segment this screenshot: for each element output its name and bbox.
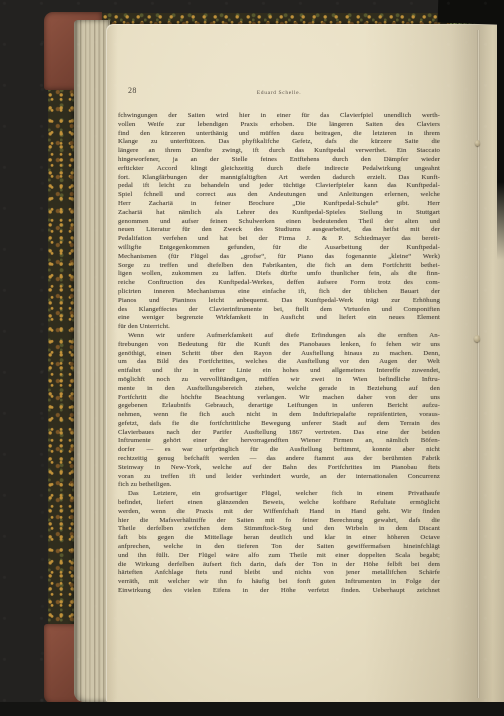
text-line: Einwirkung des vielen Eifens in der Höhe… <box>118 587 440 596</box>
text-line: dorfer — es war urfprünglich für die Aus… <box>118 446 440 455</box>
text-line: ftrebungen von Bedeutung für die Kunft d… <box>118 341 440 350</box>
text-line: willigfte Entgegenkommen gefunden, für d… <box>118 244 440 253</box>
text-line: Pedalifation verfehen und hat bei der Fi… <box>118 235 440 244</box>
text-line: Spiel fchnell und correct aus den Andeut… <box>118 191 440 200</box>
text-line: faft bis gegen die Mittellage heran deut… <box>118 534 440 543</box>
paragraph: Das Letztere, ein grofsartiger Flügel, w… <box>118 490 440 596</box>
text-line: plicirten inneren Mechanismus eine einfa… <box>118 288 440 297</box>
text-line: rechtzeitig genug befchafft werden — das… <box>118 455 440 464</box>
text-line: ligen wollen, zukommen zu laffen. Diefs … <box>118 270 440 279</box>
text-line: härteften Anfchlage ftets rund bleibt un… <box>118 569 440 578</box>
text-line: Wenn wir unfere Aufmerkfamkeit auf diefe… <box>118 332 440 341</box>
paper-flaw <box>475 140 480 146</box>
text-line: Zachariä hat nämlich als Lehrer des Kunf… <box>118 209 440 218</box>
text-line: Pianos und Pianinos leicht anbequemt. Da… <box>118 297 440 306</box>
page-block-fore-edge <box>74 20 110 702</box>
running-head: Eduard Schelle. <box>118 90 440 96</box>
book-page: 28 Eduard Schelle. fchwingungen der Sait… <box>106 24 504 702</box>
scanner-background-bottom <box>0 702 504 716</box>
text-line: mente in den Ausftellungsbereich ziehen,… <box>118 385 440 394</box>
text-line: Klange zu unterftützen. Das phyfikalifch… <box>118 138 440 147</box>
paragraph: Wenn wir unfere Aufmerkfamkeit auf diefe… <box>118 332 440 490</box>
text-line: eine weniger begrenzte Wirkfamkeit in Au… <box>118 314 440 323</box>
text-line: um das Bild des Fortfchrittes, welches d… <box>118 358 440 367</box>
text-line: erftickter Accord klingt gleichzeitig du… <box>118 165 440 174</box>
text-line: anfprechen, welche in den tieferen Ton d… <box>118 543 440 552</box>
paragraph: fchwingungen der Saiten wird hier in ein… <box>118 112 440 332</box>
text-line: Theile derfelben zwifchen dem Stimmftock… <box>118 525 440 534</box>
text-line: fich zu betheiligen. <box>118 481 440 490</box>
page-crease <box>477 30 480 698</box>
text-line: für den Unterricht. <box>118 323 440 332</box>
text-line: verräth, mit welcher wir ihn fo häufig b… <box>118 578 440 587</box>
text-line: befindet, liefert einen glänzenden Bewei… <box>118 499 440 508</box>
text-line: gefetzt, dafs fie die fortfchrittliche B… <box>118 420 440 429</box>
text-line: werden, wenn die Praxis mit der Wiffenfc… <box>118 508 440 517</box>
text-line: neuen Literatur für den Zweck des Studiu… <box>118 226 440 235</box>
text-line: pedal ift leicht zu behandeln und jeder … <box>118 182 440 191</box>
text-line: reiche Conftruction des Kunftpedal-Werke… <box>118 279 440 288</box>
paper-flaw <box>474 335 480 342</box>
text-block: fchwingungen der Saiten wird hier in ein… <box>118 112 440 596</box>
text-line: nehmen, wenn fie fich auch nicht in dem … <box>118 411 440 420</box>
photo-dark-edge-right <box>497 0 504 260</box>
text-line: Steinway in New-York, welche auf der Bah… <box>118 464 440 473</box>
text-line: gegebenen Erlaubnifs Gebrauch, derartige… <box>118 402 440 411</box>
text-line: längere an ihrem Dienfte zwingt, ift dur… <box>118 147 440 156</box>
marbled-cover-left-edge <box>48 13 76 703</box>
text-line: Inftrumente gehört einer der hervorragen… <box>118 437 440 446</box>
photo-dark-corner-top-right <box>438 0 504 25</box>
scanner-background-top <box>0 0 504 13</box>
text-line: entfaltet und ihr in erfter Linie ein ho… <box>118 367 440 376</box>
text-line: möglichft noch zu vervollftändigen, müff… <box>118 376 440 385</box>
text-line: genöthigt, einen Schritt über den Rayon … <box>118 350 440 359</box>
text-line: des Klangeffectes der Clavierinftrumente… <box>118 306 440 315</box>
text-line: vollen Weife zur lebendigen Praxis erhob… <box>118 121 440 130</box>
text-line: Herr Zachariä in feiner Brochure „Die Ku… <box>118 200 440 209</box>
text-line: Mechanismen (für Flügel das „grofse“, fü… <box>118 253 440 262</box>
book-scan-photo: 28 Eduard Schelle. fchwingungen der Sait… <box>0 0 504 716</box>
text-line: und ihn füllt. Der Flügel wäre alfo zum … <box>118 552 440 561</box>
text-line: Fortfchritt die höchfte Beachtung verlan… <box>118 394 440 403</box>
text-line: fchwingungen der Saiten wird hier in ein… <box>118 112 440 121</box>
text-line: hingeworfener, ja an der Stelle feines E… <box>118 156 440 165</box>
text-line: Das Letztere, ein grofsartiger Flügel, w… <box>118 490 440 499</box>
